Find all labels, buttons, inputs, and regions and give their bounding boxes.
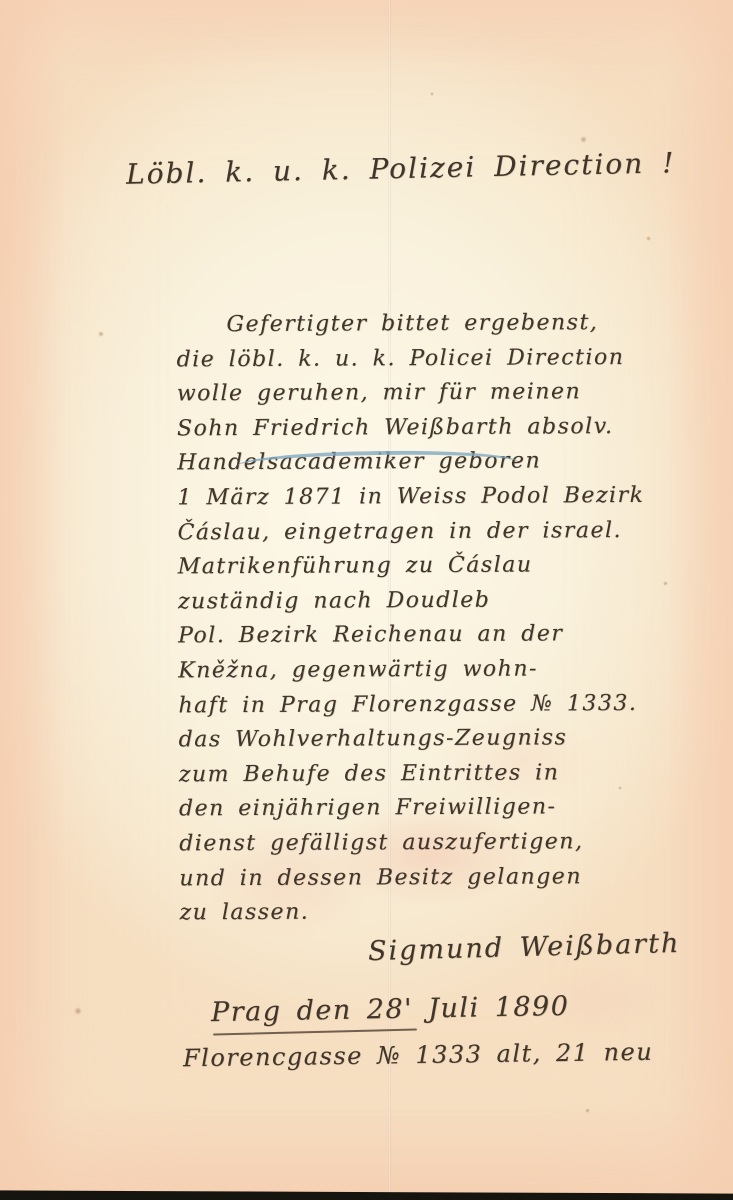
manuscript-line: 1 März 1871 in Weiss Podol Bezirk — [177, 479, 697, 516]
foxing-spot — [585, 1108, 590, 1113]
foxing-spot — [74, 1007, 82, 1015]
signature: Sigmund Weißbarth — [368, 928, 681, 967]
manuscript-line: dienst gefälligst auszufertigen, — [179, 825, 699, 862]
letter-heading: Löbl. k. u. k. Polizei Direction ! — [126, 146, 676, 190]
manuscript-line: wolle geruhen, mir für meinen — [177, 375, 697, 412]
manuscript-line: und in dessen Besitz gelangen — [179, 859, 699, 896]
manuscript-line: Čáslau, eingetragen in der israel. — [177, 513, 697, 550]
manuscript-line: das Wohlverhaltungs-Zeugniss — [179, 721, 699, 758]
date-underline — [213, 1029, 417, 1036]
manuscript-line: haft in Prag Florenzgasse № 1333. — [178, 686, 698, 723]
scanned-letter-page: Löbl. k. u. k. Polizei Direction ! Gefer… — [0, 0, 733, 1200]
foxing-spot — [430, 92, 434, 96]
manuscript-line: zuständig nach Doudleb — [178, 582, 698, 619]
manuscript-line: Sohn Friedrich Weißbarth absolv. — [177, 409, 697, 446]
letter-body: Gefertigter bittet ergebenst, die löbl. … — [176, 306, 699, 931]
manuscript-line: Gefertigter bittet ergebenst, — [176, 306, 696, 343]
foxing-spot — [98, 331, 104, 337]
manuscript-line: Kněžna, gegenwärtig wohn- — [178, 652, 698, 689]
scanner-edge-bottom — [0, 1190, 733, 1200]
manuscript-line: zum Behufe des Eintrittes in — [179, 755, 699, 792]
date-line: Prag den 28' Juli 1890 — [211, 991, 570, 1028]
manuscript-line: den einjährigen Freiwilligen- — [179, 790, 699, 827]
manuscript-line: Pol. Bezirk Reichenau an der — [178, 617, 698, 654]
foxing-spot — [580, 136, 587, 143]
manuscript-line: zu lassen. — [179, 894, 699, 931]
manuscript-line: die löbl. k. u. k. Policei Direction — [177, 340, 697, 377]
manuscript-line: Matrikenführung zu Čáslau — [178, 548, 698, 585]
address-line: Florencgasse № 1333 alt, 21 neu — [183, 1038, 654, 1073]
foxing-spot — [646, 236, 651, 241]
